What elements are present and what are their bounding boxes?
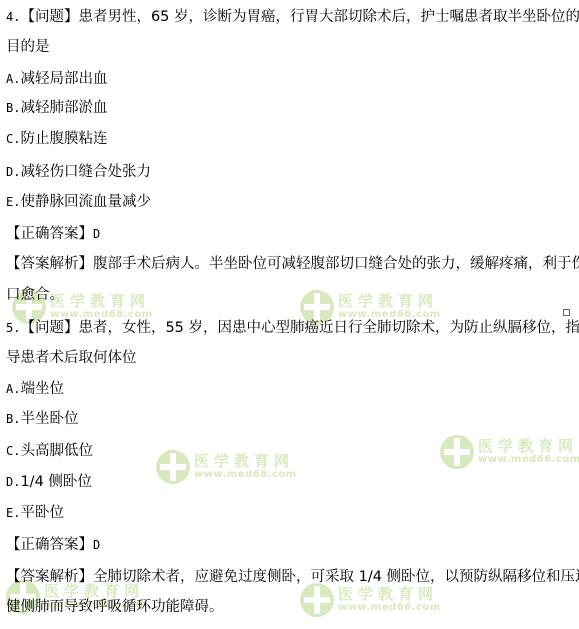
- option-c: C.防止腹膜粘连: [6, 130, 107, 148]
- med66-logo-icon: [300, 583, 334, 617]
- anchor-marker-icon: [563, 309, 570, 316]
- med66-logo-icon: [440, 435, 474, 469]
- option-c: C.头高脚低位: [6, 442, 93, 460]
- watermark-logo: 医学教育网www.med66.com: [300, 583, 441, 617]
- option-b: B.减轻肺部淤血: [6, 99, 107, 117]
- question-stem-cont: 目的是: [6, 38, 50, 56]
- question-stem-cont: 导患者术后取何体位: [6, 349, 137, 367]
- med66-logo-icon: [156, 450, 190, 484]
- correct-answer: 【正确答案】D: [6, 225, 100, 243]
- option-d: D.减轻伤口缝合处张力: [6, 163, 151, 181]
- watermark-logo: 医学教育网www.med66.com: [440, 435, 579, 469]
- option-b: B.半坐卧位: [6, 410, 78, 428]
- answer-analysis: 【答案解析】全肺切除术者，应避免过度侧卧，可采取 1/4 侧卧位，以预防纵隔移位…: [6, 568, 579, 586]
- question-stem: 4.【问题】患者男性，65 岁，诊断为胃癌，行胃大部切除术后，护士嘱患者取半坐卧…: [6, 8, 579, 26]
- watermark-logo: 医学教育网www.med66.com: [156, 450, 297, 484]
- answer-analysis: 【答案解析】腹部手术后病人。半坐卧位可减轻腹部切口缝合处的张力，缓解疼痛，利于伤: [6, 255, 579, 273]
- question-stem: 5.【问题】患者，女性，55 岁，因患中心型肺癌近日行全肺切除术，为防止纵膈移位…: [6, 319, 579, 337]
- answer-analysis-cont: 口愈合。: [6, 286, 64, 304]
- option-d: D.1/4 侧卧位: [6, 473, 92, 491]
- option-a: A.减轻局部出血: [6, 70, 107, 88]
- option-e: E.使静脉回流血量减少: [6, 193, 151, 211]
- answer-analysis-cont: 健侧肺而导致呼吸循环功能障碍。: [6, 598, 224, 616]
- option-e: E.平卧位: [6, 504, 64, 522]
- correct-answer: 【正确答案】D: [6, 536, 100, 554]
- option-a: A.端坐位: [6, 380, 64, 398]
